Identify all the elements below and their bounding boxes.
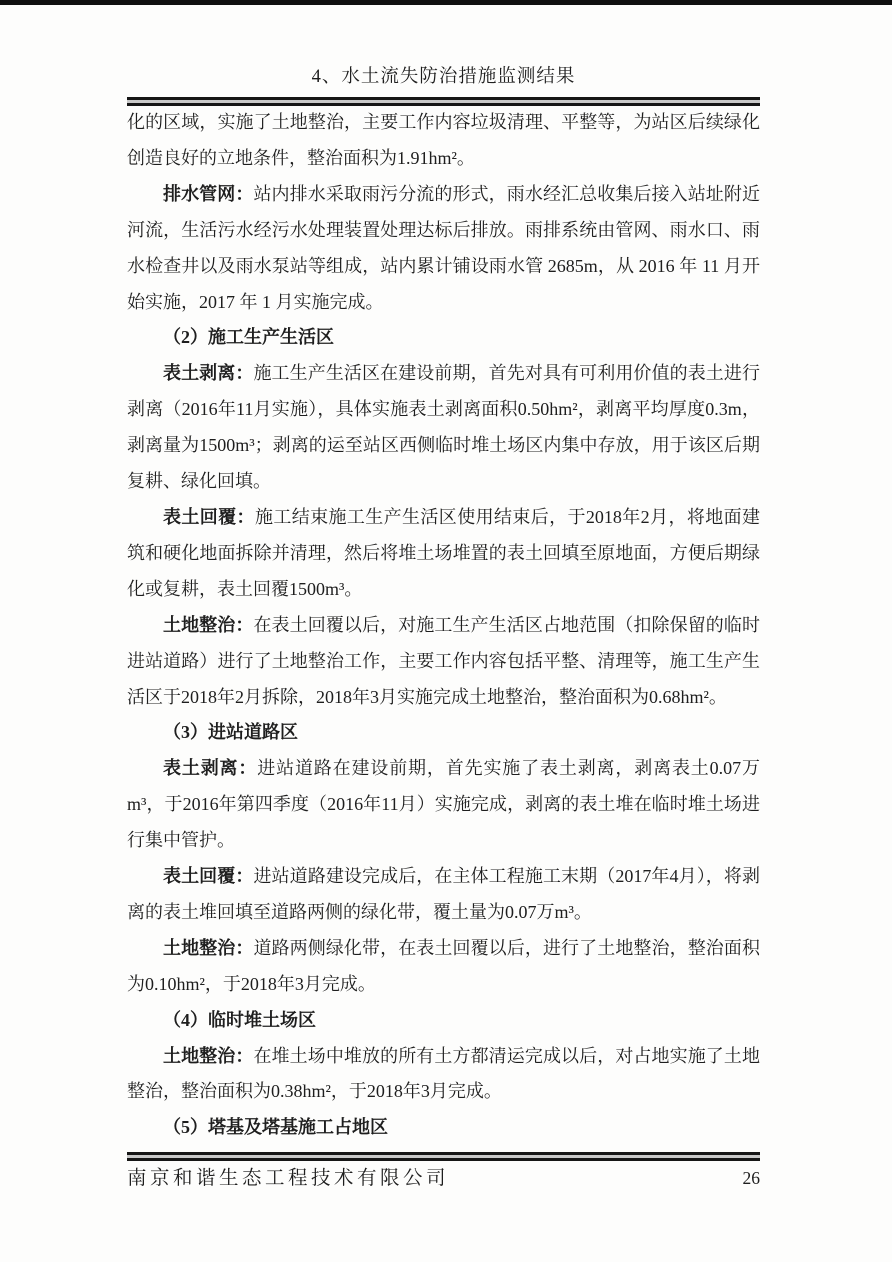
paragraph-label: 表土剥离： xyxy=(163,758,257,778)
body-paragraph: 土地整治：道路两侧绿化带，在表土回覆以后，进行了土地整治，整治面积为0.10hm… xyxy=(127,931,760,1003)
paragraph-label: 表土剥离： xyxy=(163,363,253,383)
body-paragraph: 表土回覆：进站道路建设完成后，在主体工程施工末期（2017年4月），将剥离的表土… xyxy=(127,859,760,931)
document-page: 4、水土流失防治措施监测结果 化的区域，实施了土地整治，主要工作内容垃圾清理、平… xyxy=(0,0,892,1262)
body-paragraph: 排水管网：站内排水采取雨污分流的形式，雨水经汇总收集后接入站址附近河流，生活污水… xyxy=(127,177,760,321)
paragraph-label: 土地整治： xyxy=(163,615,253,635)
body-paragraph: 土地整治：在表土回覆以后，对施工生产生活区占地范围（扣除保留的临时进站道路）进行… xyxy=(127,608,760,716)
body-paragraph: 化的区域，实施了土地整治，主要工作内容垃圾清理、平整等，为站区后续绿化创造良好的… xyxy=(127,105,760,177)
section-heading: （5）塔基及塔基施工占地区 xyxy=(127,1110,760,1146)
chapter-title: 4、水土流失防治措施监测结果 xyxy=(312,67,576,87)
scan-top-edge-bar xyxy=(0,0,892,5)
paragraph-label: 土地整治： xyxy=(163,938,253,958)
body-paragraph: 土地整治：在堆土场中堆放的所有土方都清运完成以后，对占地实施了土地整治，整治面积… xyxy=(127,1039,760,1111)
section-heading: （4）临时堆土场区 xyxy=(127,1003,760,1039)
footer-rule xyxy=(127,1152,760,1161)
paragraph-label: 排水管网： xyxy=(163,184,253,204)
page-number: 26 xyxy=(743,1168,761,1189)
body-paragraph: 表土回覆：施工结束施工生产生活区使用结束后，于2018年2月，将地面建筑和硬化地… xyxy=(127,500,760,608)
page-body: 化的区域，实施了土地整治，主要工作内容垃圾清理、平整等，为站区后续绿化创造良好的… xyxy=(127,105,760,1146)
paragraph-label: 土地整治： xyxy=(163,1046,253,1066)
paragraph-label: 表土回覆： xyxy=(163,866,253,886)
company-name: 南京和谐生态工程技术有限公司 xyxy=(127,1162,449,1190)
section-heading: （2）施工生产生活区 xyxy=(127,320,760,356)
body-paragraph: 表土剥离：进站道路在建设前期，首先实施了表土剥离，剥离表土0.07万m³，于20… xyxy=(127,751,760,859)
chapter-header: 4、水土流失防治措施监测结果 xyxy=(127,63,760,91)
section-heading: （3）进站道路区 xyxy=(127,715,760,751)
paragraph-label: 表土回覆： xyxy=(163,507,255,527)
page-footer: 南京和谐生态工程技术有限公司 26 xyxy=(127,1162,760,1190)
body-paragraph: 表土剥离：施工生产生活区在建设前期，首先对具有可利用价值的表土进行剥离（2016… xyxy=(127,356,760,500)
